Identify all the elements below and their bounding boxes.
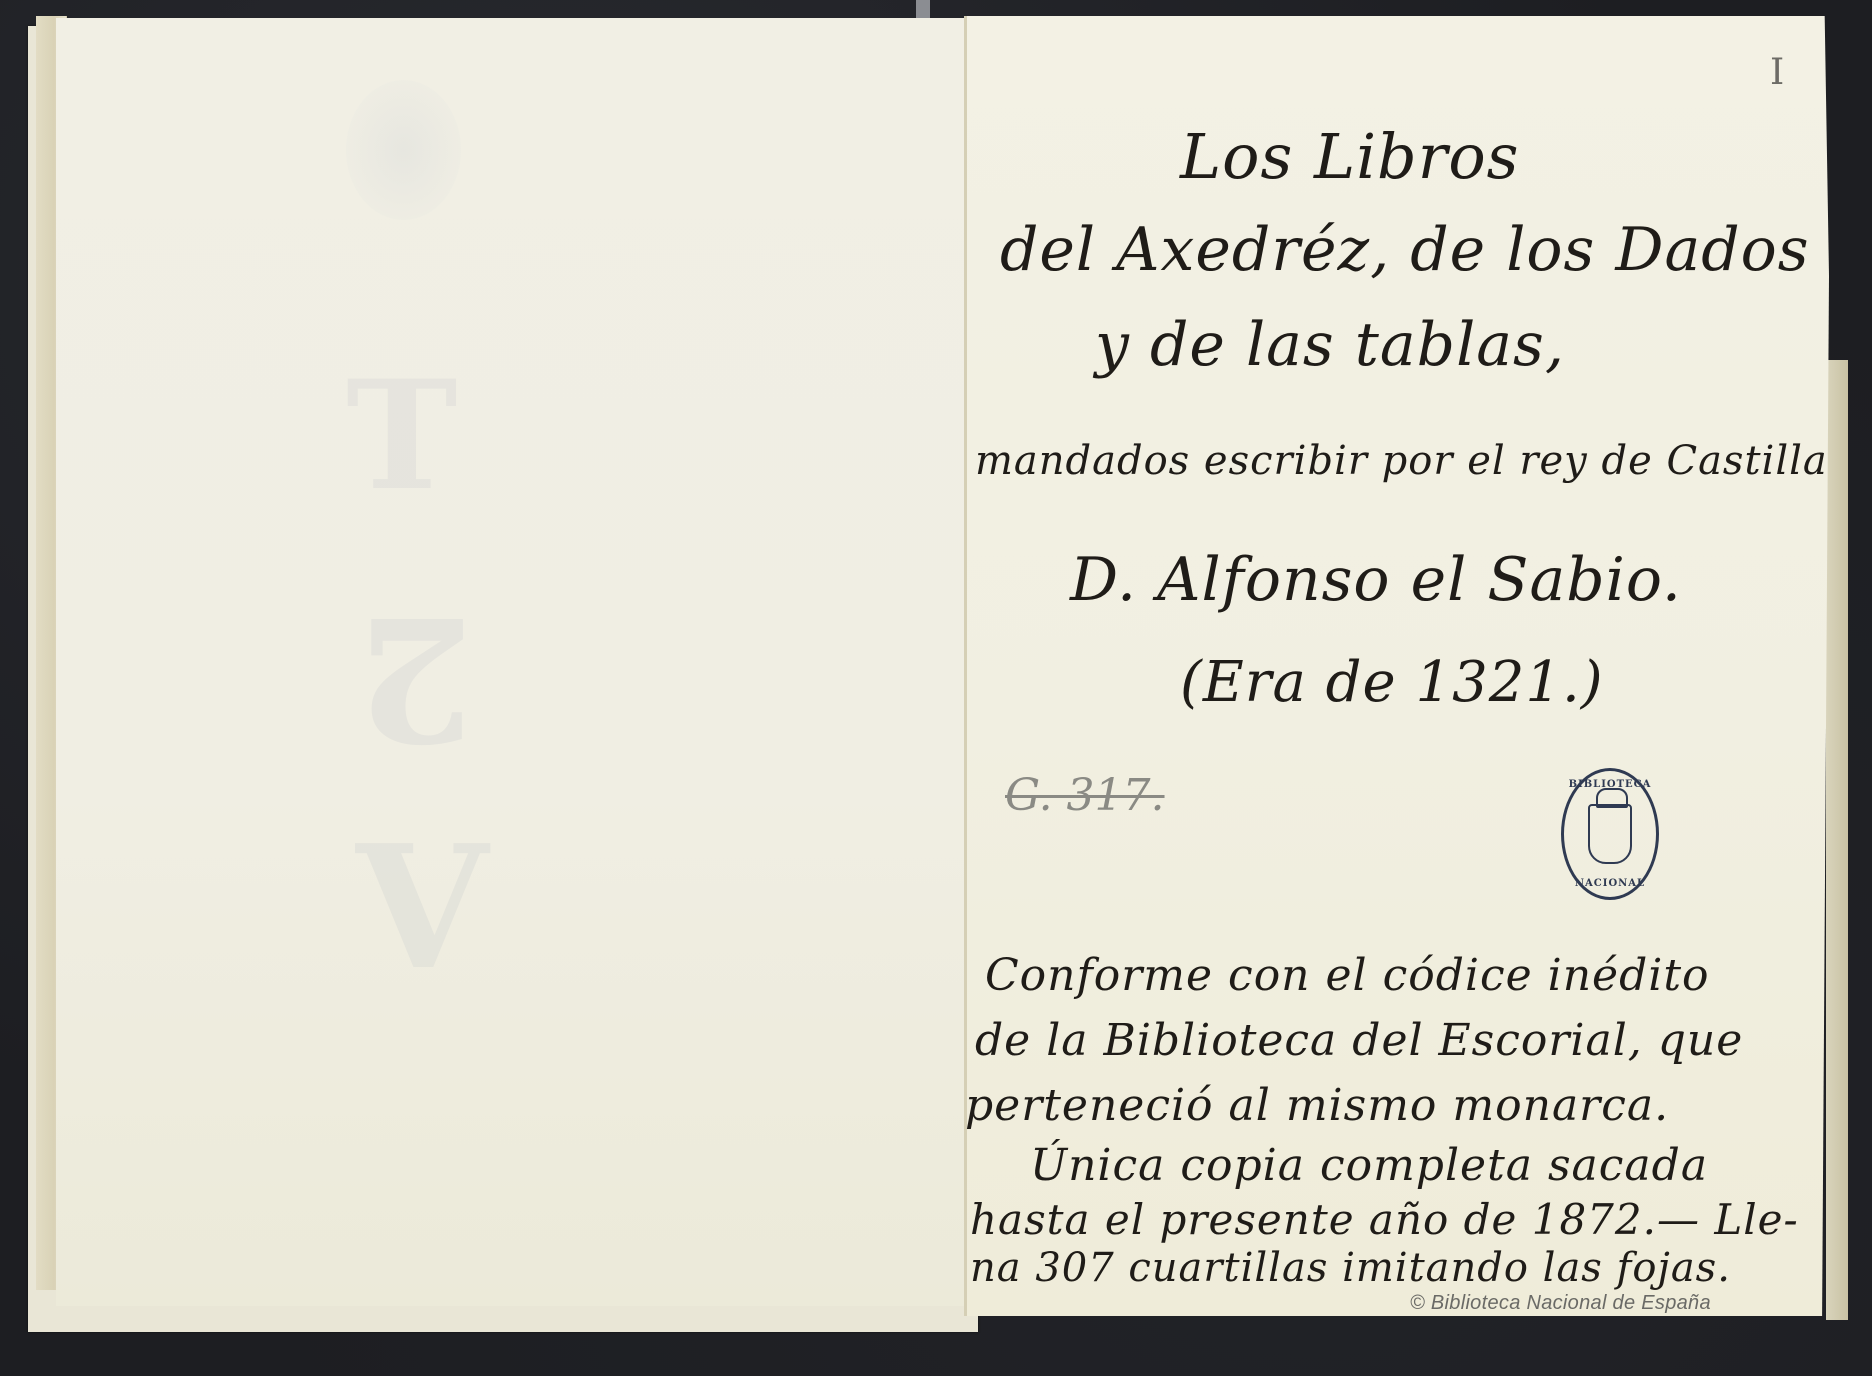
crown-icon	[1596, 788, 1628, 808]
watermark-letter: V	[356, 808, 488, 1008]
folio-number: I	[1770, 52, 1784, 93]
note-line: Única copia completa sacada	[1030, 1140, 1708, 1191]
title-line: del Axedréz, de los Dados	[1000, 215, 1810, 285]
title-line: (Era de 1321.)	[1180, 650, 1604, 715]
watermark-oval	[346, 80, 461, 220]
left-page: T 2 V	[56, 18, 978, 1306]
note-line: na 307 cuartillas imitando las fojas.	[970, 1245, 1731, 1291]
note-line: Conforme con el códice inédito	[985, 950, 1710, 1001]
watermark-letter: T	[346, 348, 458, 524]
struck-shelfmark: G. 317.	[1005, 770, 1165, 821]
coat-of-arms-icon	[1588, 804, 1632, 864]
stamp-text-bottom: NACIONAL	[1564, 878, 1656, 889]
title-line: D. Alfonso el Sabio.	[1070, 545, 1682, 615]
title-line: y de las tablas,	[1095, 310, 1565, 380]
right-page-edge	[1826, 360, 1848, 1320]
note-line: hasta el presente año de 1872.— Lle-	[970, 1195, 1799, 1244]
note-line: de la Biblioteca del Escorial, que	[975, 1015, 1743, 1066]
copyright-notice: © Biblioteca Nacional de España	[1410, 1292, 1711, 1315]
watermark-letter: 2	[356, 578, 474, 778]
note-line: perteneció al mismo monarca.	[965, 1080, 1669, 1131]
library-stamp: BIBLIOTECA NACIONAL	[1561, 768, 1659, 900]
title-line: mandados escribir por el rey de Castilla	[975, 438, 1828, 484]
title-line: Los Libros	[1180, 120, 1520, 193]
